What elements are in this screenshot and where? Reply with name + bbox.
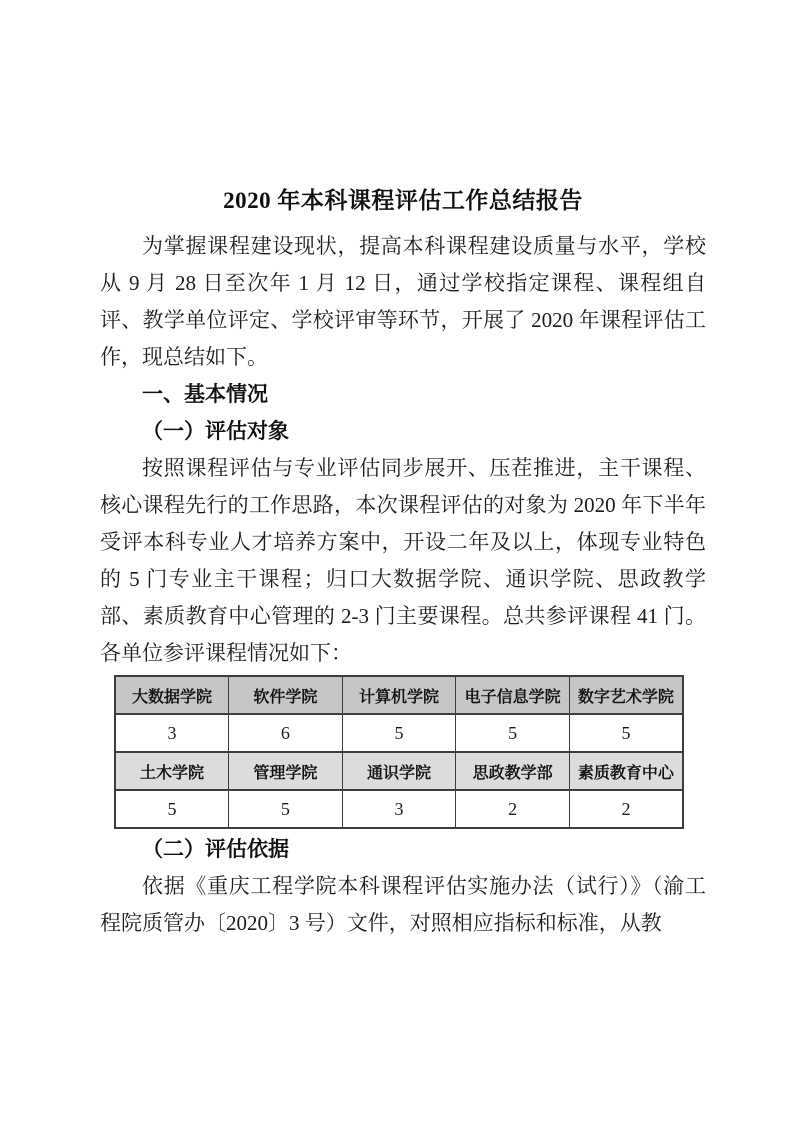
unit-name-cell: 思政教学部 <box>456 752 570 790</box>
unit-name-cell: 数字艺术学院 <box>569 676 683 714</box>
unit-name-cell: 大数据学院 <box>115 676 229 714</box>
table-row-course-count-1: 3 6 5 5 5 <box>115 714 683 752</box>
unit-name-cell: 素质教育中心 <box>569 752 683 790</box>
evaluation-basis-paragraph: 依据《重庆工程学院本科课程评估实施办法（试行）》（渝工程院质管办〔2020〕3 … <box>100 868 706 942</box>
table-row-course-count-2: 5 5 3 2 2 <box>115 790 683 828</box>
subsection-heading-evaluation-object: （一）评估对象 <box>100 413 706 450</box>
course-count-cell: 5 <box>456 714 570 752</box>
course-count-cell: 3 <box>342 790 456 828</box>
evaluation-object-paragraph: 按照课程评估与专业评估同步展开、压茬推进，主干课程、核心课程先行的工作思路，本次… <box>100 450 706 672</box>
course-count-cell: 5 <box>229 790 343 828</box>
unit-name-cell: 管理学院 <box>229 752 343 790</box>
course-count-cell: 2 <box>569 790 683 828</box>
unit-name-cell: 计算机学院 <box>342 676 456 714</box>
course-count-cell: 6 <box>229 714 343 752</box>
document-title: 2020 年本科课程评估工作总结报告 <box>100 184 706 218</box>
unit-name-cell: 软件学院 <box>229 676 343 714</box>
unit-name-cell: 通识学院 <box>342 752 456 790</box>
course-count-table: 大数据学院 软件学院 计算机学院 电子信息学院 数字艺术学院 3 6 5 5 5… <box>114 675 684 829</box>
course-count-cell: 5 <box>342 714 456 752</box>
course-count-cell: 3 <box>115 714 229 752</box>
table-row-unit-header-2: 土木学院 管理学院 通识学院 思政教学部 素质教育中心 <box>115 752 683 790</box>
course-count-cell: 2 <box>456 790 570 828</box>
course-count-cell: 5 <box>115 790 229 828</box>
course-count-cell: 5 <box>569 714 683 752</box>
unit-name-cell: 土木学院 <box>115 752 229 790</box>
document-page: 2020 年本科课程评估工作总结报告 为掌握课程建设现状，提高本科课程建设质量与… <box>0 0 793 1122</box>
unit-name-cell: 电子信息学院 <box>456 676 570 714</box>
intro-paragraph: 为掌握课程建设现状，提高本科课程建设质量与水平，学校从 9 月 28 日至次年 … <box>100 228 706 376</box>
section-heading-basic-situation: 一、基本情况 <box>100 376 706 413</box>
table-row-unit-header-1: 大数据学院 软件学院 计算机学院 电子信息学院 数字艺术学院 <box>115 676 683 714</box>
subsection-heading-evaluation-basis: （二）评估依据 <box>100 831 706 868</box>
